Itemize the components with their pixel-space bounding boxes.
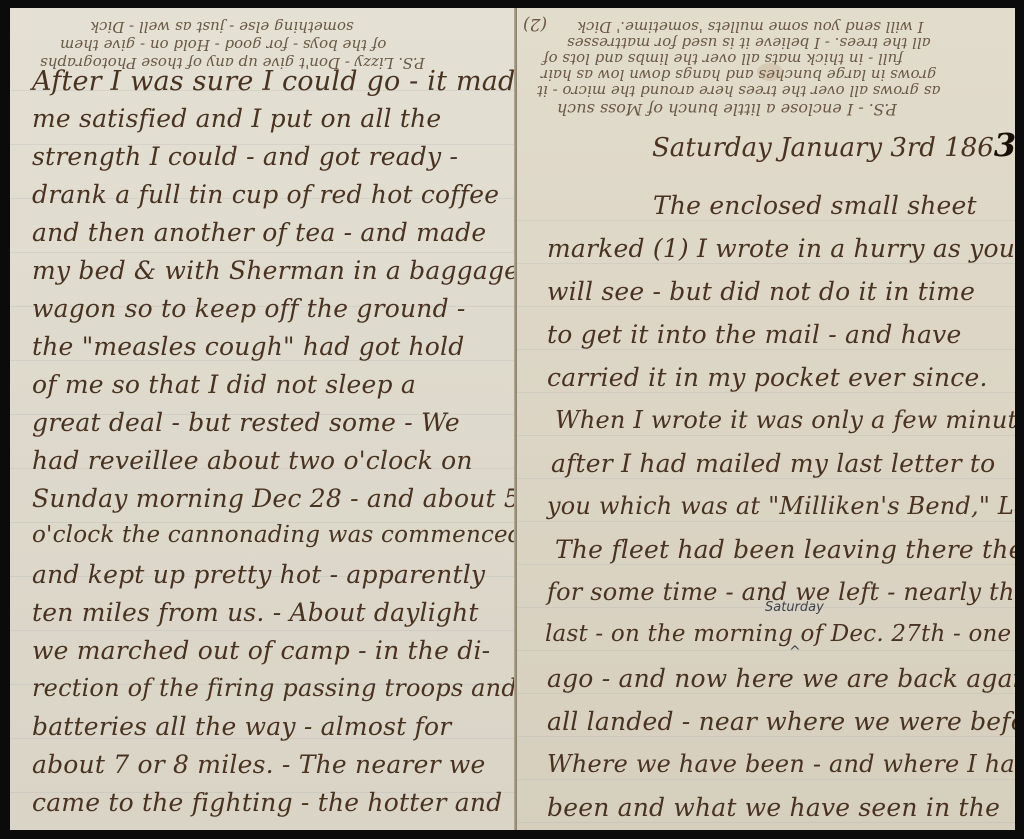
letter-line: ten miles from us. - About daylight (32, 598, 479, 627)
letter-line: wagon so to keep off the ground - (32, 294, 466, 323)
letter-line: all landed - near where we were before. (547, 707, 1015, 736)
letter-line: and then another of tea - and made (32, 218, 486, 247)
ruled-line (517, 521, 1015, 522)
postscript-line: as grows all over the trees here around … (537, 82, 940, 100)
postscript-line: full - in thick mats all over the limbs … (543, 50, 903, 68)
ruled-line (517, 349, 1015, 350)
postscript-line: grows in large bunches and hangs down lo… (541, 66, 936, 84)
pencil-annotation-saturday: Saturday (765, 600, 824, 615)
letter-line: had reveillee about two o'clock on (32, 446, 473, 475)
letter-line: After I was sure I could go - it made (32, 66, 517, 97)
letter-line: rection of the firing passing troops and (32, 674, 517, 702)
letter-line: been and what we have seen in the (547, 793, 1000, 822)
postscript-line: of the boys - for good - Hold on - give … (60, 36, 386, 54)
right-letter-page: P.S. - I enclose a little bunch of Moss … (517, 8, 1015, 830)
letter-line: the "measles cough" had got hold (32, 332, 464, 361)
page-number-marker: (2) (523, 14, 547, 34)
ruled-line (517, 650, 1015, 651)
ruled-line (517, 220, 1015, 221)
ruled-line (517, 779, 1015, 780)
letter-line: great deal - but rested some - We (32, 408, 460, 437)
letter-line: last - on the morning of Dec. 27th - one… (545, 621, 1015, 647)
ruled-line (517, 564, 1015, 565)
postscript-line: P.S. - I enclose a little bunch of Moss … (557, 100, 897, 119)
letter-date-text: Saturday January 3rd 186 (652, 133, 994, 163)
letter-line: came to the fighting - the hotter and (32, 788, 502, 817)
postscript-line: all the trees. - I believe it is used fo… (567, 34, 931, 52)
letter-date-year-overwrite: 3 (994, 126, 1015, 164)
letter-line: When I wrote it was only a few minutes (555, 406, 1015, 434)
letter-line: drank a full tin cup of red hot coffee (32, 180, 499, 209)
ruled-line (517, 435, 1015, 436)
ruled-line (517, 736, 1015, 737)
ruled-line (517, 693, 1015, 694)
letter-line: batteries all the way - almost for (32, 712, 451, 741)
ruled-line (517, 263, 1015, 264)
letter-line: Where we have been - and where I have (547, 750, 1015, 778)
letter-line: after I had mailed my last letter to (551, 449, 995, 478)
letter-line: and kept up pretty hot - apparently (32, 560, 485, 589)
letter-line: my bed & with Sherman in a baggage (32, 256, 517, 285)
ruled-line (517, 392, 1015, 393)
letter-date: Saturday January 3rd 1863 (652, 126, 1015, 164)
letter-line: o'clock the cannonading was commenced (32, 522, 517, 548)
ruled-line (517, 822, 1015, 823)
letter-line: The enclosed small sheet (653, 191, 977, 220)
letter-line: strength I could - and got ready - (32, 142, 458, 171)
insertion-caret: ^ (789, 644, 801, 660)
letter-line: about 7 or 8 miles. - The nearer we (32, 750, 485, 779)
letter-line: marked (1) I wrote in a hurry as you (547, 234, 1015, 263)
ruled-line (517, 306, 1015, 307)
letter-line: will see - but did not do it in time (547, 277, 975, 306)
letter-line: The fleet had been leaving there then (555, 535, 1015, 564)
letter-line: we marched out of camp - in the di- (32, 636, 490, 665)
ruled-line (10, 252, 516, 253)
postscript-line: I will send you some mullets 'sometime.'… (577, 18, 924, 36)
ruled-line (517, 478, 1015, 479)
letter-line: Sunday morning Dec 28 - and about 5 (32, 484, 517, 513)
ruled-line (10, 630, 516, 631)
letter-line: ago - and now here we are back again (547, 664, 1015, 693)
letter-line: carried it in my pocket ever since. (547, 363, 988, 392)
letter-line: me satisfied and I put on all the (32, 104, 441, 133)
left-letter-page: P.S. Lizzy - Don't give up any of those … (10, 8, 517, 830)
letter-line: to get it into the mail - and have (547, 320, 961, 349)
letter-line: of me so that I did not sleep a (32, 370, 416, 399)
letter-line: you which was at "Milliken's Bend," La. (547, 492, 1015, 520)
postscript-line: something else - just as well - Dick (90, 18, 354, 36)
